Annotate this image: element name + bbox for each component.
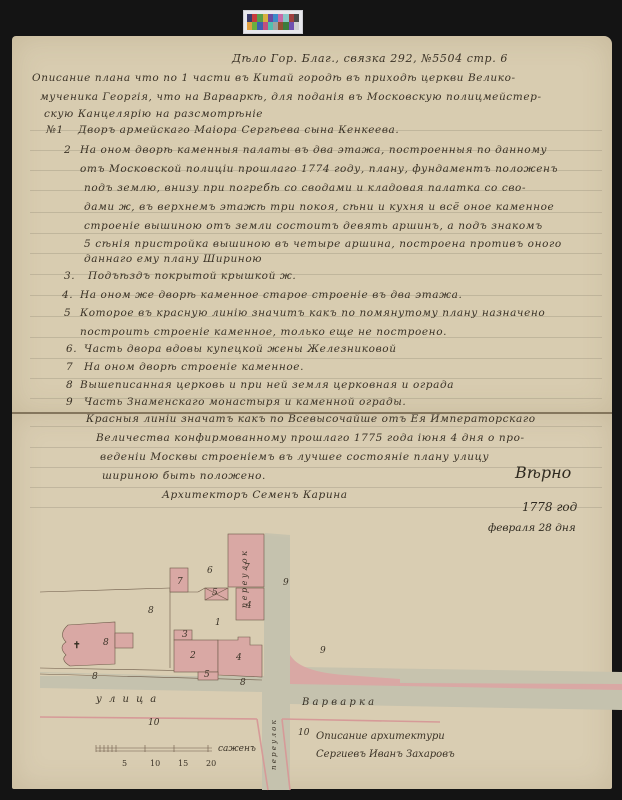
lane-label-bottom: п е р е у л о к (270, 720, 278, 770)
item-text: дами ж, въ верхнемъ этажѣ три покоя, сѣн… (84, 201, 554, 213)
plan-author-note: Описание архитектури Сергиевъ Иванъ Заха… (316, 728, 486, 764)
plan-label-lot-3: 3 (182, 630, 188, 640)
color-swatch (294, 22, 299, 30)
plan-label-lot-7-small: 7 (177, 577, 183, 587)
archive-reference: Дѣло Гор. Благ., связка 292, №5504 стр. … (232, 52, 508, 65)
item-number: 7 (66, 361, 73, 373)
item-text: подъ землю, внизу при погребѣ со сводами… (84, 182, 526, 194)
item-text: Часть двора вдовы купецкой жены Железник… (84, 343, 397, 355)
item-text: отъ Московской полиціи прошлаго 1774 год… (80, 163, 558, 175)
plan-label-lot-4-lower: 4 (236, 653, 242, 663)
verified-signature: Вѣрно (515, 463, 571, 482)
plan-label-lot-8-strip-2: 8 (240, 678, 246, 688)
scale-tick-10: 10 (150, 759, 160, 768)
closing-line-2: Величества конфирмованному прошлаго 1775… (96, 432, 525, 444)
architect-signature-line: Архитекторъ Семенъ Карина (162, 489, 348, 501)
item-number: 9 (66, 396, 73, 408)
color-swatches (247, 14, 299, 30)
item-number: 6. (66, 343, 77, 355)
date-note: февраля 28 дня (488, 522, 576, 534)
year-note: 1778 год (522, 500, 577, 514)
scale-tick-15: 15 (178, 759, 188, 768)
item-number: 5 (64, 307, 71, 319)
closing-line-3: веденіи Москвы строеніемъ въ лучшее сост… (100, 451, 489, 463)
item-text: Часть Знаменскаго монастыря и каменной о… (84, 396, 406, 408)
plan-label-lot-9-upper: 9 (283, 578, 289, 588)
intro-line-2: мученика Георгія, что на Варваркѣ, для п… (40, 91, 542, 103)
cross-icon: ✝ (73, 641, 81, 651)
plan-label-lot-5-upper: 5 (212, 588, 218, 598)
color-swatch (294, 14, 299, 22)
item-text: 5 сѣнія пристройка вышиною въ четыре арш… (84, 238, 562, 250)
item-text: строеніе вышиною отъ земли состоитъ девя… (84, 220, 543, 232)
plan-label-lot-9-lower: 9 (320, 646, 326, 656)
item-text: На оном дворѣ каменныя палаты въ два эта… (80, 144, 547, 156)
item-text: Подъѣздъ покрытой крышкой ж. (88, 270, 296, 282)
item-text: Которое въ красную линію значитъ какъ по… (80, 307, 545, 319)
closing-line-4: шириною быть положено. (102, 470, 266, 482)
plan-label-church: 8 (103, 638, 109, 648)
street-label-main: у л и ц а (96, 694, 158, 705)
lane-label-top: п е р е у л о к (240, 551, 249, 608)
item-number: 8 (66, 379, 73, 391)
plan-label-lot-8-strip-1: 8 (92, 672, 98, 682)
item-text: Дворъ армейскаго Маіора Сергѣева сына Ке… (78, 124, 399, 136)
plan-label-lot-8: 8 (148, 606, 154, 616)
item-text: На оном дворѣ строеніе каменное. (84, 361, 304, 373)
plan-label-lot-10-left: 10 (148, 718, 159, 728)
plan-label-lot-10-right: 10 (298, 728, 309, 738)
scale-unit: саженъ (218, 744, 256, 754)
item-number: №1 (46, 124, 64, 136)
color-calibration-chart (243, 10, 303, 34)
item-text: На оном же дворѣ каменное старое строені… (80, 289, 462, 301)
item-text: Вышеписанная церковь и при ней земля цер… (80, 379, 454, 391)
plan-label-lot-1: 1 (215, 618, 221, 628)
item-text: построить строеніе каменное, только еще … (80, 326, 447, 338)
scale-tick-5: 5 (122, 759, 127, 768)
plan-label-lot-2: 2 (190, 651, 196, 661)
intro-line-3: скую Канцелярію на разсмотрѣніе (44, 108, 263, 120)
scale-tick-20: 20 (206, 759, 216, 768)
intro-line-1: Описание плана что по 1 части въ Китай г… (32, 72, 516, 84)
item-number: 3. (64, 270, 75, 282)
street-label-varvarka: В а р в а р к а (302, 697, 374, 708)
plan-label-lot-6: 6 (207, 566, 213, 576)
closing-line-1: Красныя линіи значатъ какъ по Всевысочай… (86, 413, 536, 425)
item-text: даннаго ему плану Шириною (84, 253, 262, 265)
plan-label-lot-5-lower: 5 (204, 670, 210, 680)
item-number: 2 (64, 144, 71, 156)
item-number: 4. (62, 289, 73, 301)
